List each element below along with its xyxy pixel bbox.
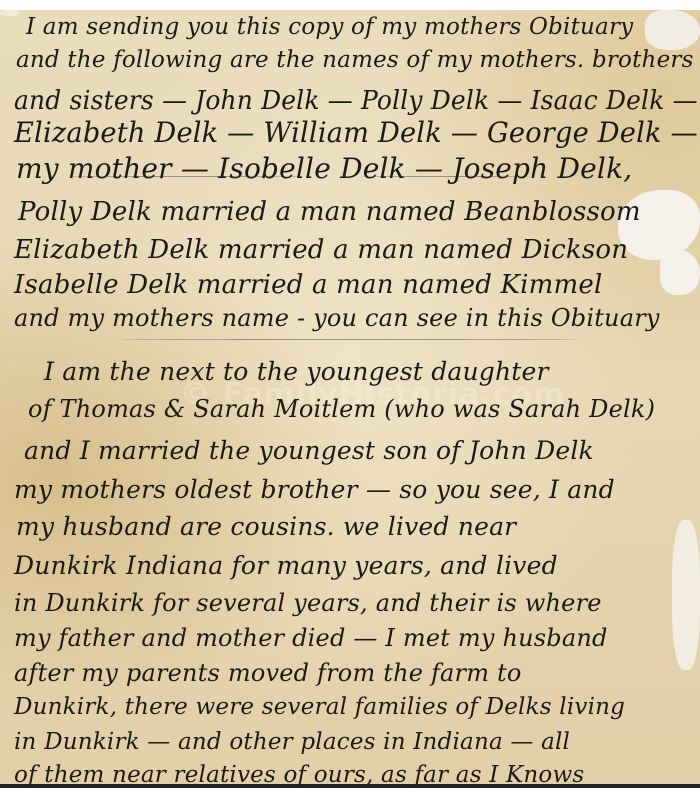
- text-line: I am the next to the youngest daughter: [44, 357, 549, 386]
- paper-damage: [0, 10, 20, 16]
- text-line: my father and mother died — I met my hus…: [14, 624, 608, 652]
- text-line: my husband are cousins. we lived near: [16, 512, 516, 541]
- paper-damage: [672, 520, 700, 670]
- text-line: and I married the youngest son of John D…: [24, 436, 594, 465]
- section-divider: [120, 339, 580, 340]
- text-line: Isabelle Delk married a man named Kimmel: [14, 270, 603, 300]
- text-line: Elizabeth Delk married a man named Dicks…: [14, 235, 628, 265]
- paper-damage: [660, 250, 700, 295]
- text-line: Dunkirk Indiana for many years, and live…: [14, 551, 558, 580]
- text-line: in Dunkirk for several years, and their …: [14, 589, 602, 617]
- text-line: Elizabeth Delk — William Delk — George D…: [14, 116, 698, 149]
- text-line: and the following are the names of my mo…: [16, 47, 694, 73]
- text-line: of Thomas & Sarah Moitlem (who was Sarah…: [28, 395, 655, 423]
- text-line: and my mothers name - you can see in thi…: [14, 304, 660, 332]
- text-line: and sisters — John Delk — Polly Delk — I…: [14, 86, 698, 116]
- text-line: my mothers oldest brother — so you see, …: [14, 475, 615, 504]
- text-line: Dunkirk, there were several families of …: [14, 694, 625, 720]
- text-line: Polly Delk married a man named Beanbloss…: [18, 197, 641, 227]
- text-line: after my parents moved from the farm to: [14, 659, 522, 687]
- text-line: my mother — Isobelle Delk — Joseph Delk,: [16, 152, 632, 185]
- text-line: of them near relatives of ours, as far a…: [14, 762, 584, 788]
- text-line: I am sending you this copy of my mothers…: [26, 14, 633, 40]
- text-line: in Dunkirk — and other places in Indiana…: [14, 729, 570, 755]
- paper-damage: [645, 10, 700, 50]
